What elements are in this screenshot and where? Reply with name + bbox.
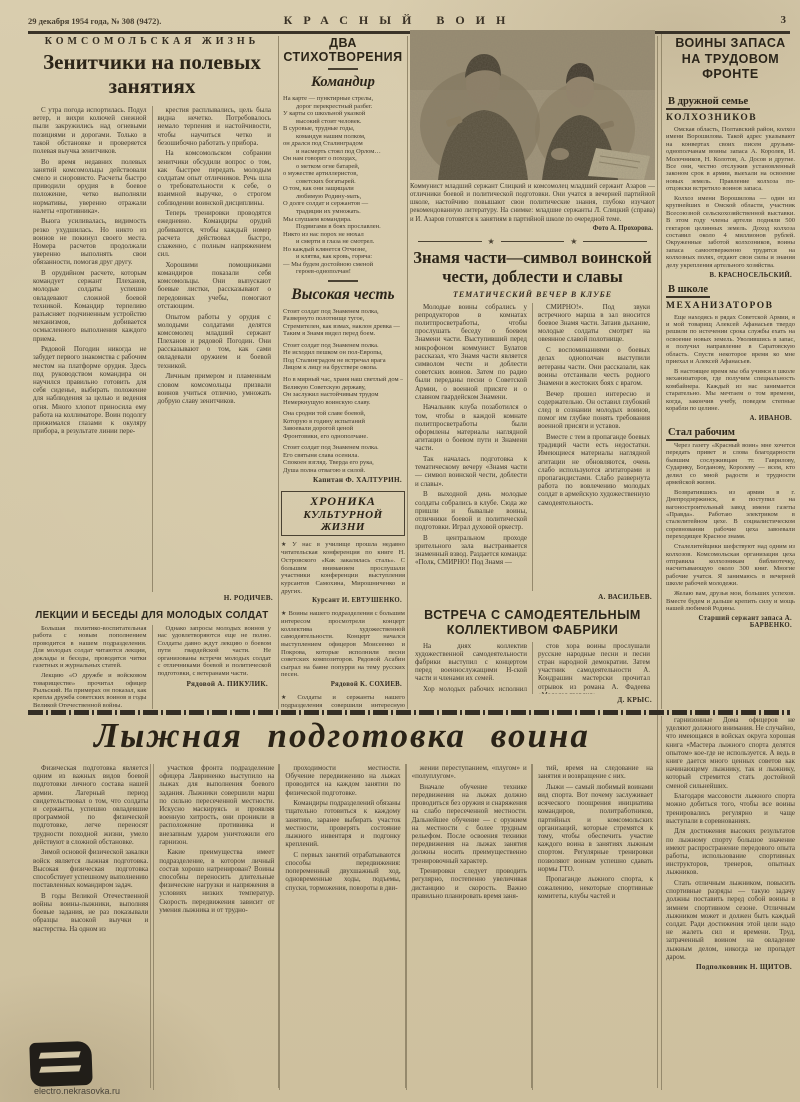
library-watermark-text: electro.nekrasovka.ru bbox=[34, 1086, 120, 1096]
poem-vysokaya: Стоит солдат под Знаменем полка,Разверну… bbox=[281, 308, 405, 475]
ornament-rule bbox=[328, 68, 358, 70]
reserve-item: В дружной семье КОЛХОЗНИКОВ Омская облас… bbox=[666, 91, 795, 279]
text-paragraphs: Еще находясь в рядах Советской Армии, я … bbox=[666, 314, 795, 413]
photo-two-sergeants bbox=[410, 30, 655, 180]
text-column: тий, время на следование на занятия и во… bbox=[533, 764, 658, 1090]
text-paragraphs: гарнизонные Дома офицеров не уделяют дол… bbox=[666, 716, 795, 961]
masthead-title: КРАСНЫЙ ВОИН bbox=[0, 13, 800, 28]
byline: Курсант И. ЕВТУШЕНКО. bbox=[281, 597, 402, 605]
article-title: ЛЕКЦИИ И БЕСЕДЫ ДЛЯ МОЛОДЫХ СОЛДАТ bbox=[28, 610, 276, 621]
star-icon: ★ bbox=[281, 542, 290, 548]
chronicle-title: ХРОНИКА bbox=[284, 494, 402, 509]
section-kicker: КОМСОМОЛЬСКАЯ ЖИЗНЬ bbox=[28, 36, 276, 47]
star-divider: ★ ★ bbox=[418, 237, 647, 246]
byline: Подполковник Н. ЩИТОВ. bbox=[666, 963, 792, 971]
byline: А. ВАСИЛЬЕВ. bbox=[410, 593, 652, 601]
article-title: Лыжная подготовка воина bbox=[28, 716, 656, 756]
byline: Н. РОДИЧЕВ. bbox=[28, 594, 273, 602]
byline: В. КРАСНОСЕЛЬСКИЙ. bbox=[666, 272, 792, 279]
item-title: В дружной семье bbox=[666, 96, 750, 110]
star-icon: ★ bbox=[281, 695, 295, 701]
reserve-item: В школе МЕХАНИЗАТОРОВ Еще находясь в ряд… bbox=[666, 279, 795, 422]
chronicle-text: Воины нашего подразделения с большим инт… bbox=[281, 610, 405, 678]
ornament-rule bbox=[328, 280, 358, 282]
photo-caption: Коммунист младший сержант Слицкий и комс… bbox=[410, 183, 655, 224]
article-title: Зенитчики на полевых занятиях bbox=[32, 51, 272, 98]
column-rule bbox=[278, 36, 279, 709]
chronicle-item: ★У нас в училище прошла недавно читатель… bbox=[281, 541, 405, 605]
photo-credit: Фото А. Прохорова. bbox=[410, 225, 653, 232]
poems-section-title: ДВА СТИХОТВОРЕНИЯ bbox=[281, 36, 405, 64]
article-title: Знамя части—символ воинской чести, добле… bbox=[410, 249, 655, 287]
poem-komandir: На карте — пунктирные стрелы,дорог перек… bbox=[281, 95, 405, 276]
poems-column: ДВА СТИХОТВОРЕНИЯ Командир На карте — пу… bbox=[281, 36, 405, 710]
chronicle-title: КУЛЬТУРНОЙ ЖИЗНИ bbox=[284, 509, 402, 533]
byline: Старший сержант запаса А. БАРВЕНКО. bbox=[666, 615, 792, 629]
byline: Рядовой А. ПИКУЛИК. bbox=[158, 680, 269, 688]
article-subtitle: ТЕМАТИЧЕСКИЙ ВЕЧЕР В КЛУБЕ bbox=[410, 290, 655, 299]
chronicle-item: ★Солдаты и сержанты нашего подразделения… bbox=[281, 694, 405, 710]
section-header-line: ВОИНЫ ЗАПАСА bbox=[666, 36, 795, 52]
poem-title: Командир bbox=[281, 74, 405, 91]
chronicle-text: Солдаты и сержанты нашего подразделения … bbox=[281, 694, 405, 710]
article-zenitchiki: КОМСОМОЛЬСКАЯ ЖИЗНЬ Зенитчики на полевых… bbox=[28, 36, 276, 610]
article-title: ВСТРЕЧА С САМОДЕЯТЕЛЬНЫМ КОЛЛЕКТИВОМ ФАБ… bbox=[416, 608, 649, 638]
library-stamp-logo bbox=[29, 1041, 92, 1087]
article-lectures: ЛЕКЦИИ И БЕСЕДЫ ДЛЯ МОЛОДЫХ СОЛДАТ Больш… bbox=[28, 610, 276, 709]
newspaper-page: 29 декабря 1954 года, № 308 (9472). КРАС… bbox=[0, 0, 800, 1102]
text-column: проходимости местности. Обучение передви… bbox=[280, 764, 406, 1090]
byline: Капитан Ф. ХАЛТУРИН. bbox=[281, 476, 402, 484]
text-column: стов хора воины прослушали русские народ… bbox=[533, 642, 655, 694]
text-column: Физическая подготовка является одним из … bbox=[28, 764, 154, 1090]
star-icon: ★ bbox=[281, 611, 287, 617]
star-icon: ★ bbox=[488, 237, 495, 246]
text-column: участков фронта подразделение офицера Ла… bbox=[154, 764, 280, 1090]
byline: А. ИВАНОВ. bbox=[666, 415, 792, 422]
reserve-item: Стал рабочим Через газету «Красный воин»… bbox=[666, 422, 795, 629]
text-paragraphs: Однако запросы молодых воинов у нас удов… bbox=[158, 625, 272, 677]
section-header-line: НА ТРУДОВОМ ФРОНТЕ bbox=[666, 52, 795, 83]
item-title: Стал рабочим bbox=[666, 427, 737, 441]
reserve-column: ВОИНЫ ЗАПАСА НА ТРУДОВОМ ФРОНТЕ В дружно… bbox=[661, 34, 795, 709]
section-header: ВОИНЫ ЗАПАСА НА ТРУДОВОМ ФРОНТЕ bbox=[666, 36, 795, 83]
center-column: Коммунист младший сержант Слицкий и комс… bbox=[410, 30, 655, 712]
text-column: Однако запросы молодых воинов у нас удов… bbox=[153, 625, 277, 709]
text-column: На днях коллектив художественной самодея… bbox=[410, 642, 533, 694]
item-title: В школе bbox=[666, 284, 710, 298]
chronicle-title-box: ХРОНИКА КУЛЬТУРНОЙ ЖИЗНИ bbox=[281, 491, 405, 536]
ski-article-columns: Физическая подготовка является одним из … bbox=[28, 764, 658, 1090]
item-title: МЕХАНИЗАТОРОВ bbox=[666, 301, 795, 311]
page-number: 3 bbox=[781, 14, 787, 26]
text-column: жении переступанием, «плугом» и «полуплу… bbox=[407, 764, 533, 1090]
star-icon: ★ bbox=[570, 237, 577, 246]
chain-divider bbox=[28, 710, 790, 715]
column-rule bbox=[407, 36, 408, 709]
text-column: Молодые воины собрались у репродукторов … bbox=[410, 303, 533, 591]
byline: Д. КРЫС. bbox=[410, 696, 652, 704]
text-paragraphs: Через газету «Красный воин» мне хочется … bbox=[666, 442, 795, 612]
text-paragraphs: Омская область, Полтавский район, колхоз… bbox=[666, 126, 795, 269]
ski-last-column: гарнизонные Дома офицеров не уделяют дол… bbox=[661, 716, 795, 1090]
poem-title: Высокая честь bbox=[281, 286, 405, 304]
text-column: С утра погода испортилась. Подул ветер, … bbox=[28, 106, 153, 592]
text-column: Большая политико-воспитательная работа с… bbox=[28, 625, 153, 709]
chronicle-item: ★Воины нашего подразделения с большим ин… bbox=[281, 610, 405, 689]
chronicle-text: У нас в училище прошла недавно читательс… bbox=[281, 541, 405, 594]
item-title: КОЛХОЗНИКОВ bbox=[666, 113, 795, 123]
text-column: СМИРНО!». Под звуки встречного марша в з… bbox=[533, 303, 655, 591]
byline: Рядовой К. СОХИЕВ. bbox=[281, 681, 402, 689]
text-column: крестия расплывались, цель была видна не… bbox=[153, 106, 277, 592]
